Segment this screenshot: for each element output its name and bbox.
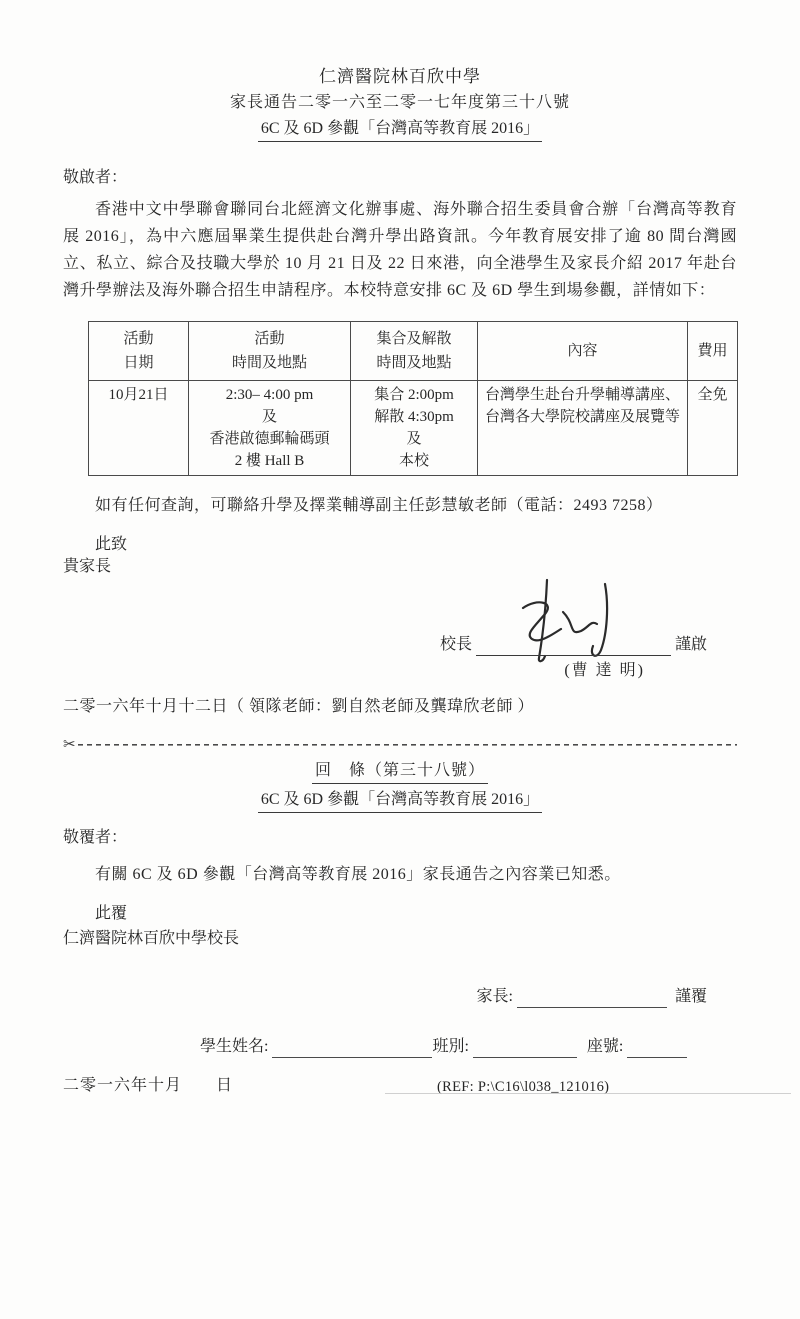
cell-time-place: 2:30– 4:00 pm 及 香港啟德郵輪碼頭 2 樓 Hall B <box>189 381 351 476</box>
header-text: 活動 <box>191 327 348 351</box>
assembly-line: 及 <box>353 428 475 450</box>
activity-date: 10月21日 <box>91 384 186 406</box>
header-text: 集合及解散 <box>353 327 475 351</box>
class-no-line <box>627 1039 687 1058</box>
cell-fee: 全免 <box>688 381 738 476</box>
reply-salutation: 敬覆者： <box>63 827 737 849</box>
class-line <box>473 1039 577 1058</box>
cell-content: 台灣學生赴台升學輔導講座、 台灣各大學院校講座及展覽等 <box>478 381 688 476</box>
inquiry-line: 如有任何查詢，可聯絡升學及擇業輔導副主任彭慧敏老師（電話：2493 7258） <box>63 495 737 517</box>
ref-code: (REF: P:\C16\l038_121016) <box>437 1076 609 1098</box>
principal-label: 校長 <box>440 636 472 653</box>
header-activity-date: 活動 日期 <box>89 322 189 381</box>
student-info-row: 學生姓名: 班別: 座號: <box>200 1036 737 1058</box>
letter-content: 仁濟醫院林百欣中學 家長通告二零一六至二零一七年度第三十八號 6C 及 6D 參… <box>0 0 800 1097</box>
principal-name: (曹 達 明) <box>564 660 645 682</box>
header-text: 費用 <box>690 339 735 363</box>
school-name: 仁濟醫院林百欣中學 <box>63 66 737 88</box>
reply-date-suffix: 日 <box>216 1077 233 1094</box>
issue-date-line: 二零一六年十月十二日（ 領隊老師：劉自然老師及龔瑋欣老師 ） <box>63 696 737 718</box>
time-place-line: 及 <box>191 406 348 428</box>
assembly-line: 本校 <box>353 450 475 472</box>
reply-cifu: 此覆 <box>63 903 737 925</box>
cut-here-line: ✂ <box>63 739 737 751</box>
body-paragraph: 香港中文中學聯會聯同台北經濟文化辦事處、海外聯合招生委員會合辦「台灣高等教育展 … <box>63 196 737 304</box>
time-place-line: 2 樓 Hall B <box>191 450 348 472</box>
fee-value: 全免 <box>690 384 735 406</box>
reply-slip-title-text: 回 條（第三十八號） <box>312 760 488 784</box>
cell-activity-date: 10月21日 <box>89 381 189 476</box>
closing-recipient: 貴家長 <box>63 556 737 578</box>
time-place-line: 香港啟德郵輪碼頭 <box>191 428 348 450</box>
signature-block: 校長 謹啟 (曹 達 明) <box>63 584 737 682</box>
subject-line: 6C 及 6D 參觀「台灣高等教育展 2016」 <box>63 118 737 142</box>
table-header-row: 活動 日期 活動 時間及地點 集合及解散 時間及地點 內容 費用 <box>89 322 738 381</box>
scan-artifact-line <box>385 1093 791 1094</box>
header-fee: 費用 <box>688 322 738 381</box>
student-name-line <box>272 1039 432 1058</box>
parent-signoff-label: 謹覆 <box>675 988 707 1005</box>
header-content: 內容 <box>478 322 688 381</box>
signoff-label: 謹啟 <box>675 636 707 653</box>
header-activity-time-place: 活動 時間及地點 <box>189 322 351 381</box>
header-text: 日期 <box>91 351 186 375</box>
header-assembly-dismissal: 集合及解散 時間及地點 <box>351 322 478 381</box>
header-text: 時間及地點 <box>353 351 475 375</box>
cell-assembly: 集合 2:00pm 解散 4:30pm 及 本校 <box>351 381 478 476</box>
reply-slip-subject: 6C 及 6D 參觀「台灣高等教育展 2016」 <box>63 789 737 813</box>
time-place-line: 2:30– 4:00 pm <box>191 384 348 406</box>
assembly-line: 集合 2:00pm <box>353 384 475 406</box>
parent-signature-line <box>517 989 667 1008</box>
header-text: 活動 <box>91 327 186 351</box>
student-name-label: 學生姓名: <box>200 1038 268 1055</box>
closing-cizhi: 此致 <box>63 534 737 556</box>
salutation: 敬啟者： <box>63 167 737 189</box>
reply-addressee: 仁濟醫院林百欣中學校長 <box>63 928 737 950</box>
reply-date-prefix: 二零一六年十月 <box>63 1077 182 1094</box>
content-line: 台灣學生赴台升學輔導講座、 <box>480 384 685 406</box>
signature-underline <box>476 655 671 656</box>
assembly-line: 解散 4:30pm <box>353 406 475 428</box>
notice-number-line: 家長通告二零一六至二零一七年度第三十八號 <box>63 92 737 114</box>
scissors-icon: ✂ <box>63 739 76 751</box>
parent-label: 家長: <box>477 988 513 1005</box>
reply-slip-title: 回 條（第三十八號） <box>63 760 737 784</box>
header-text: 內容 <box>480 339 685 363</box>
reply-slip-subject-text: 6C 及 6D 參觀「台灣高等教育展 2016」 <box>258 789 542 813</box>
dashed-cut-rule <box>78 744 737 746</box>
scanned-notice-page: 仁濟醫院林百欣中學 家長通告二零一六至二零一七年度第三十八號 6C 及 6D 參… <box>0 0 800 1319</box>
parent-signature-field: 家長:謹覆 <box>63 986 737 1008</box>
reply-body: 有關 6C 及 6D 參觀「台灣高等教育展 2016」家長通告之內容業已知悉。 <box>63 864 737 886</box>
header-text: 時間及地點 <box>191 351 348 375</box>
class-no-label: 座號: <box>587 1038 623 1055</box>
subject-text: 6C 及 6D 參觀「台灣高等教育展 2016」 <box>258 118 542 142</box>
schedule-table: 活動 日期 活動 時間及地點 集合及解散 時間及地點 內容 費用 <box>88 321 738 476</box>
class-label: 班別: <box>432 1038 468 1055</box>
signature-row: 校長 謹啟 <box>440 634 707 656</box>
table-data-row: 10月21日 2:30– 4:00 pm 及 香港啟德郵輪碼頭 2 樓 Hall… <box>89 381 738 476</box>
content-line: 台灣各大學院校講座及展覽等 <box>480 406 685 428</box>
